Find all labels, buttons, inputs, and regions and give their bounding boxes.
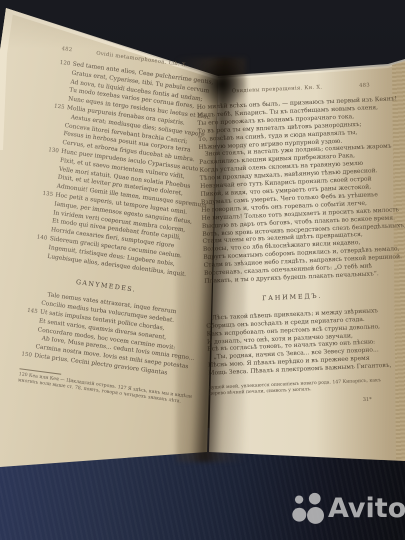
book-photo: 482 Ovidii metamorphoseon. Lib. X. 120Se… (0, 0, 405, 540)
russian-verse-block: Но милѣй всѣхъ онъ былъ, — признаюсь ты … (197, 96, 379, 285)
right-section-heading: ГАНИМЕДЪ. (205, 289, 379, 305)
latin-verse-block-2: Tale nemus vates attraxerat, inque ferar… (21, 289, 179, 378)
latin-verse-block: 120Sed tamen ante alios, Ceae pulcherrim… (34, 59, 209, 279)
avito-watermark: Avito (291, 491, 405, 525)
avito-watermark-label: Avito (328, 495, 405, 522)
right-page-number: 483 (344, 82, 370, 89)
russian-verse-block-2: Лѣсъ такой пѣвецъ привлекалъ; и между зв… (206, 307, 383, 378)
avito-logo-icon (291, 491, 324, 525)
right-footnotes: душой моей, увлекаются описаніемъ новаго… (209, 378, 383, 398)
right-page-text: Овидіевы превращенія. Кн. X. 483 Но милѣ… (196, 82, 384, 409)
